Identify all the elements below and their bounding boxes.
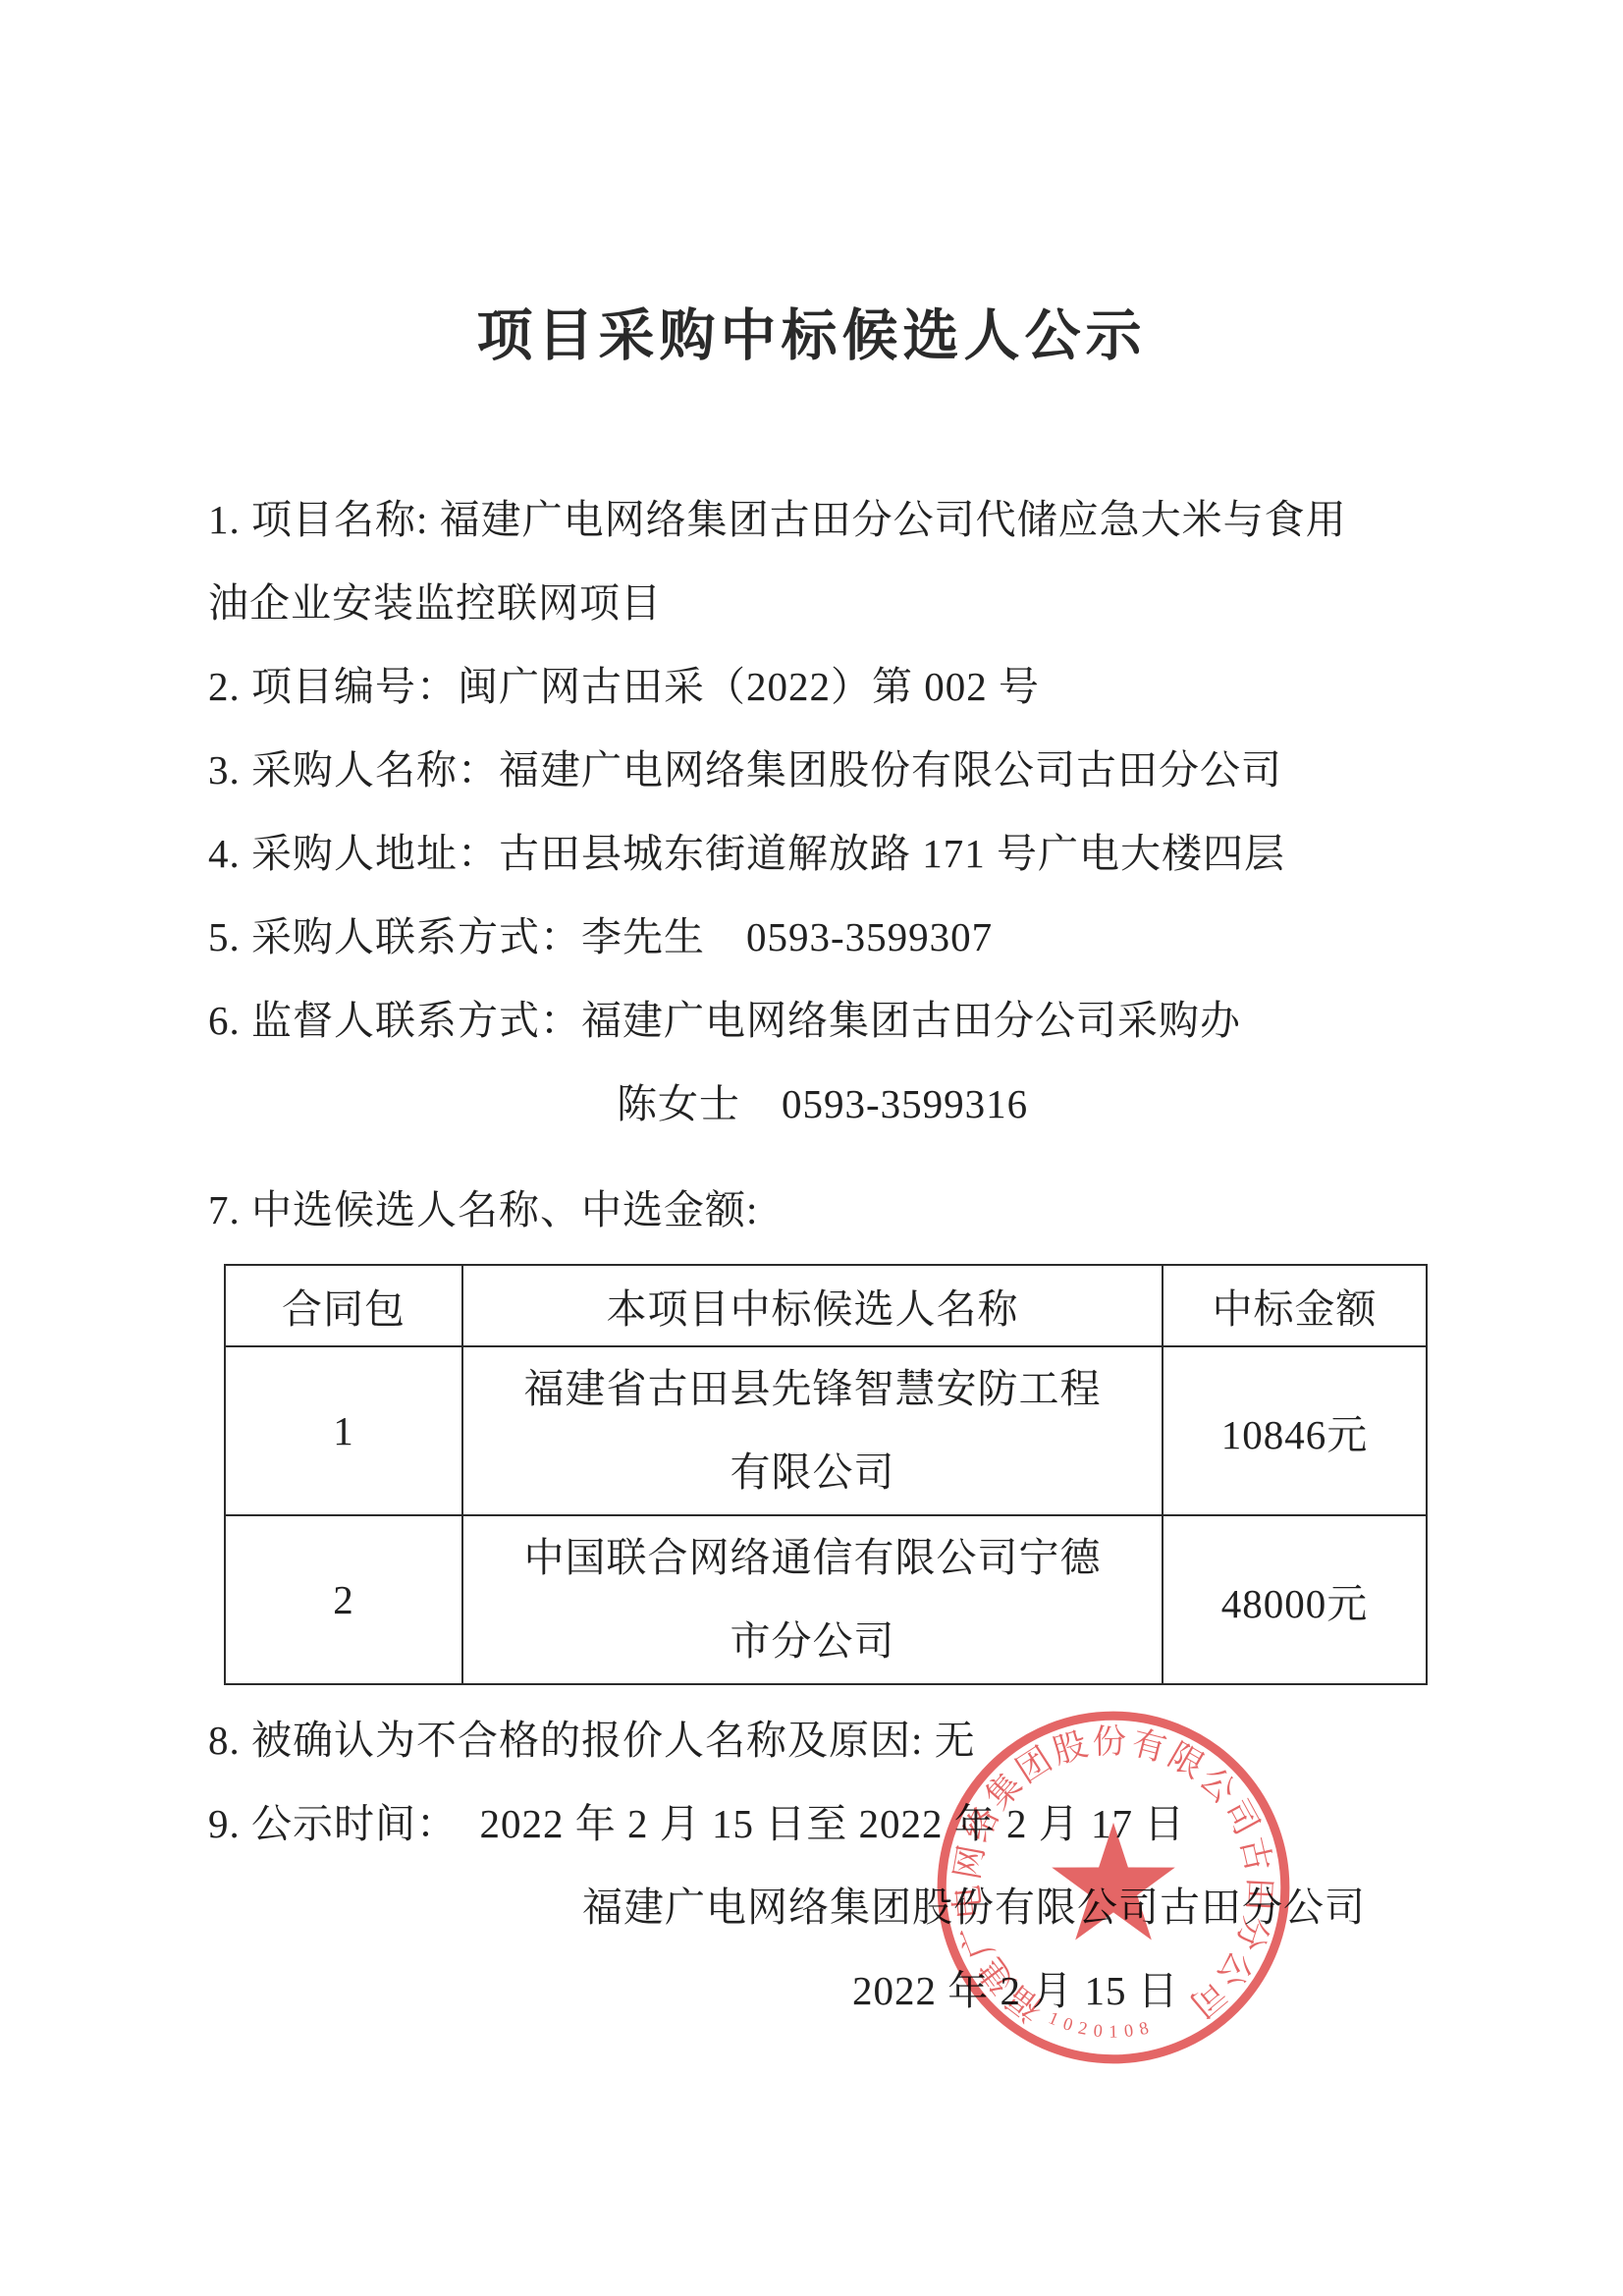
item-9-publicity-period: 9. 公示时间： 2022 年 2 月 15 日至 2022 年 2 月 17 …	[208, 1782, 1476, 1866]
page-title: 项目采购中标候选人公示	[0, 0, 1623, 371]
item-5-purchaser-contact: 5. 采购人联系方式：李先生 0593-3599307	[208, 896, 1476, 979]
issuer-signature: 福建广电网络集团股份有限公司古田分公司	[208, 1866, 1476, 1949]
cell-package-1: 1	[225, 1346, 462, 1515]
candidate-1-name-line-2: 有限公司	[463, 1431, 1162, 1514]
item-3-purchaser-name: 3. 采购人名称：福建广电网络集团股份有限公司古田分公司	[208, 729, 1476, 812]
item-8-disqualified: 8. 被确认为不合格的报价人名称及原因: 无	[208, 1699, 1476, 1782]
candidate-1-name-line-1: 福建省古田县先锋智慧安防工程	[463, 1347, 1162, 1431]
candidate-2-name-line-2: 市分公司	[463, 1600, 1162, 1683]
item-4-purchaser-address: 4. 采购人地址：古田县城东街道解放路 171 号广电大楼四层	[208, 812, 1476, 896]
table-row: 2 中国联合网络通信有限公司宁德 市分公司 48000元	[225, 1515, 1427, 1684]
item-2-project-number: 2. 项目编号：闽广网古田采（2022）第 002 号	[208, 645, 1476, 729]
item-6-supervisor-contact: 6. 监督人联系方式：福建广电网络集团古田分公司采购办	[208, 979, 1476, 1063]
document-footer: 8. 被确认为不合格的报价人名称及原因: 无 9. 公示时间： 2022 年 2…	[208, 1699, 1476, 2033]
document-page: 项目采购中标候选人公示 1. 项目名称: 福建广电网络集团古田分公司代储应急大米…	[0, 0, 1623, 2296]
item-6-supervisor-contact-person: 陈女士 0593-3599316	[208, 1063, 1476, 1146]
item-1-project-name-continued: 油企业安装监控联网项目	[208, 562, 1476, 645]
cell-amount-1: 10846元	[1163, 1346, 1427, 1515]
header-award-amount: 中标金额	[1163, 1265, 1427, 1346]
item-7-candidates-heading: 7. 中选候选人名称、中选金额:	[208, 1169, 1476, 1252]
table-header-row: 合同包 本项目中标候选人名称 中标金额	[225, 1265, 1427, 1346]
header-candidate-name: 本项目中标候选人名称	[462, 1265, 1163, 1346]
award-candidates-table: 合同包 本项目中标候选人名称 中标金额 1 福建省古田县先锋智慧安防工程 有限公…	[224, 1264, 1428, 1685]
table-row: 1 福建省古田县先锋智慧安防工程 有限公司 10846元	[225, 1346, 1427, 1515]
cell-package-2: 2	[225, 1515, 462, 1684]
header-contract-package: 合同包	[225, 1265, 462, 1346]
item-1-project-name: 1. 项目名称: 福建广电网络集团古田分公司代储应急大米与食用	[208, 478, 1476, 562]
cell-candidate-2: 中国联合网络通信有限公司宁德 市分公司	[462, 1515, 1163, 1684]
cell-candidate-1: 福建省古田县先锋智慧安防工程 有限公司	[462, 1346, 1163, 1515]
document-body: 1. 项目名称: 福建广电网络集团古田分公司代储应急大米与食用 油企业安装监控联…	[208, 478, 1476, 2033]
cell-amount-2: 48000元	[1163, 1515, 1427, 1684]
issue-date: 2022 年 2 月 15 日	[208, 1949, 1476, 2033]
candidate-2-name-line-1: 中国联合网络通信有限公司宁德	[463, 1516, 1162, 1600]
